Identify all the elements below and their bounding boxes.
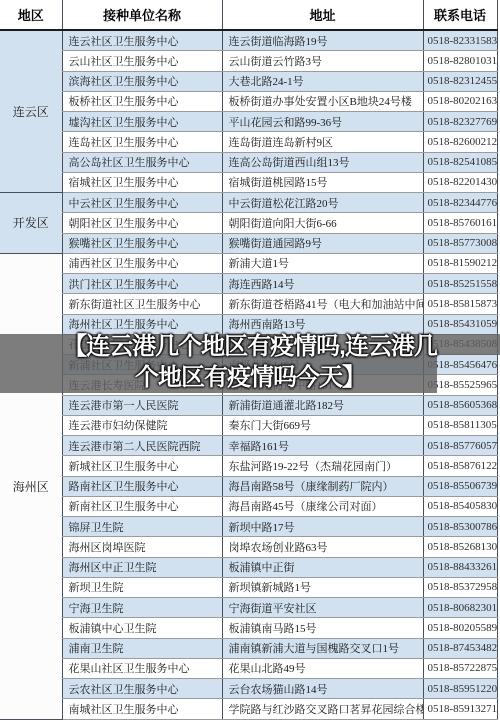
phone-cell: 0518-82541085 <box>423 152 497 172</box>
phone-cell: 0518-85722875 <box>423 658 497 678</box>
table-row: 花果山社区卫生服务中心花果山北路49号0518-85722875 <box>0 658 497 678</box>
phone-cell: 0518-85300786 <box>423 517 497 537</box>
address-cell: 新坝镇新城路1号 <box>222 577 423 597</box>
address-cell: 浦南镇新浦大道与国槐路交叉口1号 <box>222 638 423 658</box>
address-cell: 新东街道苍梧路41号（电大和加油站中间） <box>222 294 423 314</box>
unit-cell: 宿城社区卫生服务中心 <box>62 172 222 192</box>
phone-cell: 0518-80202163 <box>423 91 497 111</box>
table-row: 路南社区卫生服务中心海昌南路58号（康缘制药厂院内）0518-85506739 <box>0 476 497 496</box>
unit-cell: 高公岛社区卫生服务中心 <box>62 152 222 172</box>
table-row: 猴嘴社区卫生服务中心猴嘴街道通园路9号0518-85773008 <box>0 233 497 253</box>
unit-cell: 宁海卫生院 <box>62 598 222 618</box>
table-row: 宿城社区卫生服务中心宿城街道桃园路15号0518-82201430 <box>0 172 497 192</box>
phone-cell: 0518-85876122 <box>423 456 497 476</box>
table-row: 板桥社区卫生服务中心板桥街道办事处安置小区B地块24号楼0518-8020216… <box>0 91 497 111</box>
unit-cell: 连云港市第一人民医院 <box>62 395 222 415</box>
address-cell: 板浦镇中正街 <box>222 557 423 577</box>
table-row: 新浦社区卫生服务中心南极北路146号0518-85456476 <box>0 355 497 375</box>
phone-cell: 0518-82201430 <box>423 172 497 192</box>
unit-cell: 新坝卫生院 <box>62 577 222 597</box>
address-cell: 大巷北路24-1号 <box>222 71 423 91</box>
unit-cell: 连云港长寿医院 <box>62 375 222 395</box>
phone-cell: 0518-80205589 <box>423 618 497 638</box>
address-cell: 花果山北路49号 <box>222 658 423 678</box>
header-phone: 联系电话 <box>423 0 497 30</box>
phone-cell: 0518-82312455 <box>423 71 497 91</box>
unit-cell: 南城社区卫生服务中心 <box>62 699 222 720</box>
address-cell: 中云街道松花江路20号 <box>222 193 423 213</box>
phone-cell: 0518-85431059 <box>423 314 497 334</box>
address-cell: 新浦街道通灌北路182号 <box>222 395 423 415</box>
address-cell: 幸福路161号 <box>222 436 423 456</box>
district-cell: 开发区 <box>0 193 62 254</box>
phone-cell: 0518-87453482 <box>423 638 497 658</box>
address-cell: 朝阳街道向阳大街6-66 <box>222 213 423 233</box>
table-row: 新城社区卫生服务中心东盐河路19-22号（杰瑞花园南门）0518-8587612… <box>0 456 497 476</box>
phone-cell: 0518-85438508 <box>423 334 497 354</box>
unit-cell: 浦西社区卫生服务中心 <box>62 253 222 273</box>
table-row: 云农社区卫生服务中心云台农场猫山路14号0518-85951220 <box>0 679 497 699</box>
table-row: 连云港长寿医院路南街道海连中路161号0518-85525965 <box>0 375 497 395</box>
header-address: 地址 <box>222 0 423 30</box>
unit-cell: 浦南卫生院 <box>62 638 222 658</box>
address-cell: 宁海街道平安社区 <box>222 598 423 618</box>
table-row: 墟沟社区卫生服务中心平山花园云和路99-36号0518-82327769 <box>0 112 497 132</box>
table-row: 新东街道社区卫生服务中心新东街道苍梧路41号（电大和加油站中间）0518-858… <box>0 294 497 314</box>
table-row: 连云港市第二人民医院西院幸福路161号0518-85776057 <box>0 436 497 456</box>
unit-cell: 海州区中正卫生院 <box>62 557 222 577</box>
unit-cell: 云农社区卫生服务中心 <box>62 679 222 699</box>
phone-cell: 0518-82331583 <box>423 30 497 51</box>
phone-cell: 0518-85811305 <box>423 415 497 435</box>
phone-cell: 0518-85605368 <box>423 395 497 415</box>
unit-cell: 连云社区卫生服务中心 <box>62 30 222 51</box>
unit-cell: 板桥社区卫生服务中心 <box>62 91 222 111</box>
unit-cell: 连岛社区卫生服务中心 <box>62 132 222 152</box>
header-row: 地区 接种单位名称 地址 联系电话 <box>0 0 497 30</box>
address-cell: 新坝中路17号 <box>222 517 423 537</box>
unit-cell: 新南社区卫生服务中心 <box>62 496 222 516</box>
page: 地区 接种单位名称 地址 联系电话 连云区连云社区卫生服务中心连云街道临海路19… <box>0 0 500 720</box>
address-cell: 连高公岛街道西山组13号 <box>222 152 423 172</box>
unit-cell: 新城社区卫生服务中心 <box>62 456 222 476</box>
unit-cell: 中云社区卫生服务中心 <box>62 193 222 213</box>
table-row: 新坝卫生院新坝镇新城路1号0518-85372958 <box>0 577 497 597</box>
district-cell: 海州区 <box>0 253 62 719</box>
unit-cell: 海州区岗埠医院 <box>62 537 222 557</box>
unit-cell: 海州社区卫生服务中心 <box>62 314 222 334</box>
table-row: 朝阳社区卫生服务中心朝阳街道向阳大街6-660518-85760161 <box>0 213 497 233</box>
unit-cell: 猴嘴社区卫生服务中心 <box>62 233 222 253</box>
phone-cell: 0518-85405830 <box>423 496 497 516</box>
address-cell: 秦东门大街669号 <box>222 415 423 435</box>
table-row: 海州区岗埠医院岗埠农场创业路63号0518-85268130 <box>0 537 497 557</box>
address-cell: 岗埠农场创业路63号 <box>222 537 423 557</box>
table-row: 连云港市第一人民医院新浦街道通灌北路182号0518-85605368 <box>0 395 497 415</box>
address-cell: 府前路10-1号 <box>222 334 423 354</box>
phone-cell: 0518-85913271 <box>423 699 497 720</box>
unit-cell: 孔望山社区卫生服务中心 <box>62 334 222 354</box>
address-cell: 学院路与红沙路交叉路口茗昇花园综合楼 <box>222 699 423 720</box>
phone-cell: 0518-85951220 <box>423 679 497 699</box>
unit-cell: 锦屏卫生院 <box>62 517 222 537</box>
table-row: 洪门社区卫生服务中心海连西路14号0518-85251558 <box>0 274 497 294</box>
table-row: 锦屏卫生院新坝中路17号0518-85300786 <box>0 517 497 537</box>
address-cell: 海连西路14号 <box>222 274 423 294</box>
table-row: 云山社区卫生服务中心云山街道云竹路3号0518-82801031 <box>0 51 497 71</box>
address-cell: 板浦镇南马路15号 <box>222 618 423 638</box>
address-cell: 新浦大道1号 <box>222 253 423 273</box>
phone-cell: 0518-85525965 <box>423 375 497 395</box>
header-district: 地区 <box>0 0 62 30</box>
header-unit-name: 接种单位名称 <box>62 0 222 30</box>
table-row: 浦南卫生院浦南镇新浦大道与国槐路交叉口1号0518-87453482 <box>0 638 497 658</box>
phone-cell: 0518-85251558 <box>423 274 497 294</box>
table-row: 滨海社区卫生服务中心大巷北路24-1号0518-82312455 <box>0 71 497 91</box>
table-row: 南城社区卫生服务中心学院路与红沙路交叉路口茗昇花园综合楼0518-8591327… <box>0 699 497 720</box>
table-row: 连云港市妇幼保健院秦东门大街669号0518-85811305 <box>0 415 497 435</box>
phone-cell: 0518-85760161 <box>423 213 497 233</box>
phone-cell: 0518-85268130 <box>423 537 497 557</box>
address-cell: 南极北路146号 <box>222 355 423 375</box>
unit-cell: 洪门社区卫生服务中心 <box>62 274 222 294</box>
address-cell: 东盐河路19-22号（杰瑞花园南门） <box>222 456 423 476</box>
table-row: 宁海卫生院宁海街道平安社区0518-80682301 <box>0 598 497 618</box>
address-cell: 猴嘴街道通园路9号 <box>222 233 423 253</box>
address-cell: 宿城街道桃园路15号 <box>222 172 423 192</box>
unit-cell: 连云港市第二人民医院西院 <box>62 436 222 456</box>
address-cell: 云台农场猫山路14号 <box>222 679 423 699</box>
table-row: 海州社区卫生服务中心海州西南路13号0518-85431059 <box>0 314 497 334</box>
phone-cell: 0518-85506739 <box>423 476 497 496</box>
phone-cell: 0518-85815873 <box>423 294 497 314</box>
phone-cell: 0518-82600212 <box>423 132 497 152</box>
unit-cell: 滨海社区卫生服务中心 <box>62 71 222 91</box>
unit-cell: 新东街道社区卫生服务中心 <box>62 294 222 314</box>
unit-cell: 墟沟社区卫生服务中心 <box>62 112 222 132</box>
table-row: 海州区浦西社区卫生服务中心新浦大道1号0518-81590212 <box>0 253 497 273</box>
table-row: 孔望山社区卫生服务中心府前路10-1号0518-85438508 <box>0 334 497 354</box>
phone-cell: 0518-85372958 <box>423 577 497 597</box>
address-cell: 海昌南路45号（康缘公司对面） <box>222 496 423 516</box>
unit-cell: 新浦社区卫生服务中心 <box>62 355 222 375</box>
table-row: 开发区中云社区卫生服务中心中云街道松花江路20号0518-82344776 <box>0 193 497 213</box>
phone-cell: 0518-81590212 <box>423 253 497 273</box>
unit-cell: 花果山社区卫生服务中心 <box>62 658 222 678</box>
table-row: 连云区连云社区卫生服务中心连云街道临海路19号0518-82331583 <box>0 30 497 51</box>
phone-cell: 0518-82327769 <box>423 112 497 132</box>
address-cell: 路南街道海连中路161号 <box>222 375 423 395</box>
unit-cell: 板浦镇中心卫生院 <box>62 618 222 638</box>
address-cell: 板桥街道办事处安置小区B地块24号楼 <box>222 91 423 111</box>
vaccination-units-table: 地区 接种单位名称 地址 联系电话 连云区连云社区卫生服务中心连云街道临海路19… <box>0 0 498 720</box>
phone-cell: 0518-82801031 <box>423 51 497 71</box>
phone-cell: 0518-85776057 <box>423 436 497 456</box>
address-cell: 连岛街道连岛新村9区 <box>222 132 423 152</box>
address-cell: 云山街道云竹路3号 <box>222 51 423 71</box>
address-cell: 平山花园云和路99-36号 <box>222 112 423 132</box>
unit-cell: 朝阳社区卫生服务中心 <box>62 213 222 233</box>
phone-cell: 0518-85456476 <box>423 355 497 375</box>
address-cell: 海昌南路58号（康缘制药厂院内） <box>222 476 423 496</box>
unit-cell: 路南社区卫生服务中心 <box>62 476 222 496</box>
district-cell: 连云区 <box>0 30 62 193</box>
unit-cell: 连云港市妇幼保健院 <box>62 415 222 435</box>
table-row: 海州区中正卫生院板浦镇中正街0518-88433261 <box>0 557 497 577</box>
phone-cell: 0518-80682301 <box>423 598 497 618</box>
table-row: 板浦镇中心卫生院板浦镇南马路15号0518-80205589 <box>0 618 497 638</box>
table-row: 新南社区卫生服务中心海昌南路45号（康缘公司对面）0518-85405830 <box>0 496 497 516</box>
phone-cell: 0518-88433261 <box>423 557 497 577</box>
address-cell: 海州西南路13号 <box>222 314 423 334</box>
address-cell: 连云街道临海路19号 <box>222 30 423 51</box>
table-row: 连岛社区卫生服务中心连岛街道连岛新村9区0518-82600212 <box>0 132 497 152</box>
phone-cell: 0518-85773008 <box>423 233 497 253</box>
unit-cell: 云山社区卫生服务中心 <box>62 51 222 71</box>
table-row: 高公岛社区卫生服务中心连高公岛街道西山组13号0518-82541085 <box>0 152 497 172</box>
phone-cell: 0518-82344776 <box>423 193 497 213</box>
